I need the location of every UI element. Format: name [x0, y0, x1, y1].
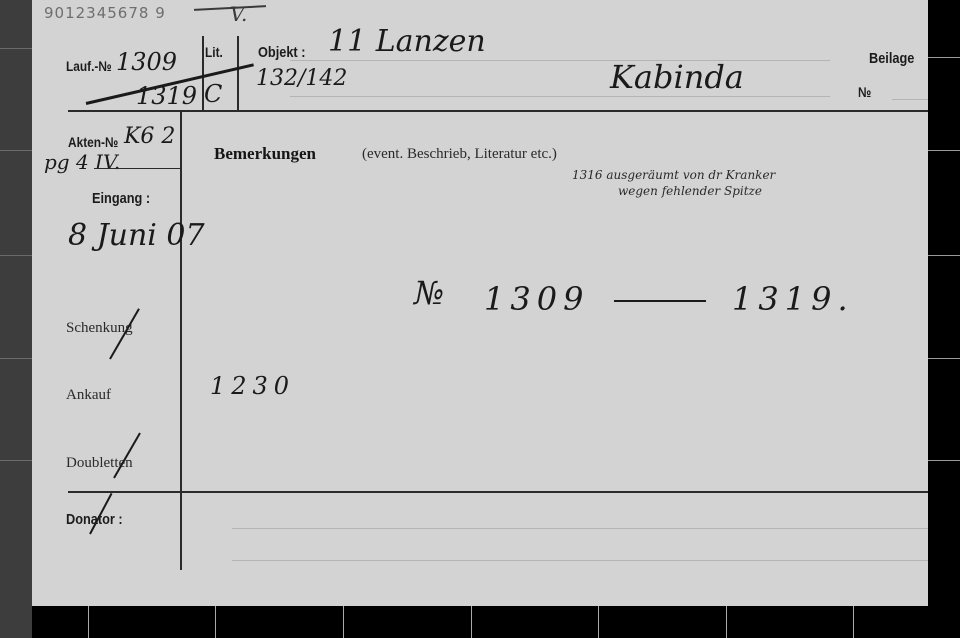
header-bottom-rule: [68, 110, 928, 112]
pencil-digits: 9012345678 9: [44, 4, 166, 22]
lit-value: C: [204, 80, 222, 108]
remarks-note-line-1: 1316 ausgeräumt von dr Kranker: [572, 168, 775, 182]
objekt-rule-2: [290, 96, 830, 97]
lauf-no-value: 1309: [116, 48, 177, 76]
beilage-rule: [892, 99, 928, 100]
left-column-divider: [180, 110, 182, 570]
remarks-note-line-2: wegen fehlender Spitze: [618, 184, 762, 198]
donator-rule-2: [232, 560, 928, 561]
beilage-label: Beilage: [869, 50, 914, 67]
catalog-card: 9012345678 9 V. Lauf.-№ 1309 1319 Lit. C…: [32, 0, 928, 606]
lit-label: Lit.: [205, 44, 223, 60]
ankauf-label: Ankauf: [66, 387, 111, 404]
range-prefix: №: [414, 274, 444, 312]
objekt-label: Objekt :: [258, 44, 305, 61]
range-end: 1319.: [732, 280, 854, 318]
remarks-heading-note: (event. Beschrieb, Literatur etc.): [362, 146, 557, 163]
remarks-heading: Bemerkungen: [214, 144, 316, 164]
lauf-no-label: Lauf.-№: [66, 58, 112, 74]
range-dash: [614, 300, 706, 302]
akten-rule: [94, 168, 180, 169]
akten-sub-value: pg 4 IV.: [44, 150, 120, 174]
range-start: 1309: [484, 280, 589, 318]
scanner-bed-left: [0, 0, 32, 638]
lit-divider-right: [237, 36, 239, 110]
beilage-no-label: №: [858, 84, 871, 100]
donator-top-rule: [68, 491, 928, 493]
eingang-label: Eingang :: [92, 190, 150, 207]
price-value: 1230: [210, 372, 295, 400]
objekt-value: 11 Lanzen: [328, 24, 486, 59]
donator-rule-1: [232, 528, 928, 529]
akten-no-label: Akten-№: [68, 134, 118, 150]
origin-value: Kabinda: [610, 58, 744, 96]
akten-no-value: K6 2: [124, 124, 175, 149]
eingang-value: 8 Juni 07: [68, 218, 205, 253]
objekt-sub-value: 132/142: [256, 66, 347, 91]
objekt-rule-1: [290, 60, 830, 61]
